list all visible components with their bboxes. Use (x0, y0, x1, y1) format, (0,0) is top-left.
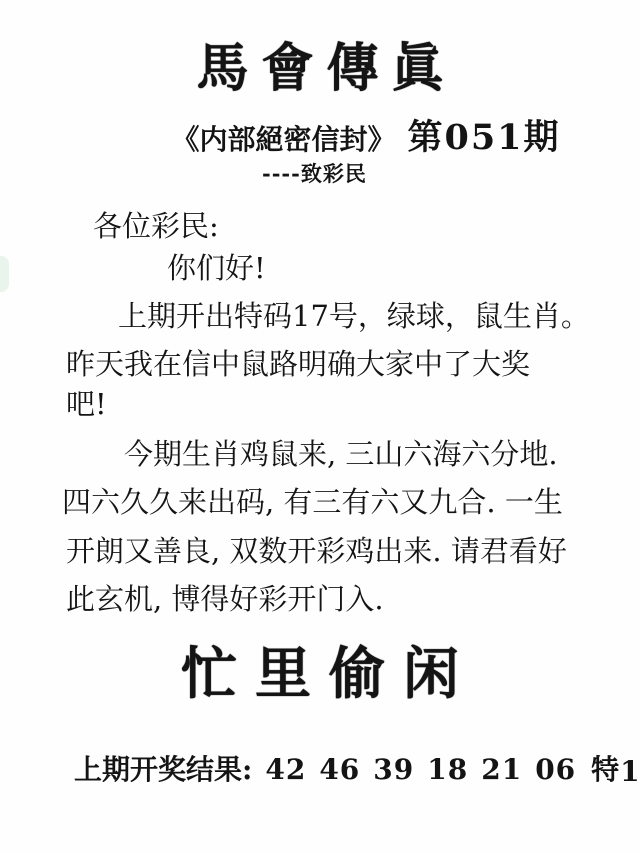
result-number-4: 18 (427, 753, 468, 786)
paragraph1-line2: 昨天我在信中鼠路明确大家中了大奖 (66, 347, 530, 381)
result-number-6: 06 (535, 753, 576, 786)
special-number-label: 特 (591, 748, 619, 788)
paragraph2-line1: 今期生肖鸡鼠来, 三山六海六分地. (124, 437, 558, 471)
subtitle-envelope-text: 《内部絕密信封》 (171, 123, 395, 156)
paragraph2-line4: 此玄机, 博得好彩开门入. (66, 582, 384, 616)
results-label: 上期开奖结果: (74, 753, 252, 786)
issue-number: 第051期 (407, 117, 560, 158)
dedication-line: ----致彩民 (262, 158, 367, 188)
fax-flyer-page: 馬會傳眞 《内部絕密信封》第051期 ----致彩民 各位彩民: 你们好! 上期… (0, 0, 640, 853)
paragraph1-line1: 上期开出特码17号，绿球，鼠生肖。 (118, 299, 590, 333)
results-line: 上期开奖结果:424639182106特17 (74, 748, 640, 788)
special-number-value: 17 (620, 755, 640, 788)
result-number-5: 21 (481, 753, 522, 786)
salutation: 各位彩民: (93, 204, 219, 245)
slogan-text: 忙里偷闲 (0, 638, 640, 710)
paragraph2-line2: 四六久久来出码, 有三有六又九合. 一生 (62, 485, 563, 519)
paragraph2-line3: 开朗又善良, 双数开彩鸡出来. 请君看好 (66, 534, 567, 568)
result-number-3: 39 (373, 753, 414, 786)
result-number-1: 42 (265, 753, 306, 786)
subtitle-line: 《内部絕密信封》第051期 (46, 110, 640, 160)
scan-smudge (0, 256, 9, 292)
result-number-2: 46 (319, 753, 360, 786)
page-title: 馬會傳眞 (0, 40, 640, 98)
paragraph1-line3: 吧! (66, 387, 107, 421)
greeting: 你们好! (167, 246, 266, 287)
